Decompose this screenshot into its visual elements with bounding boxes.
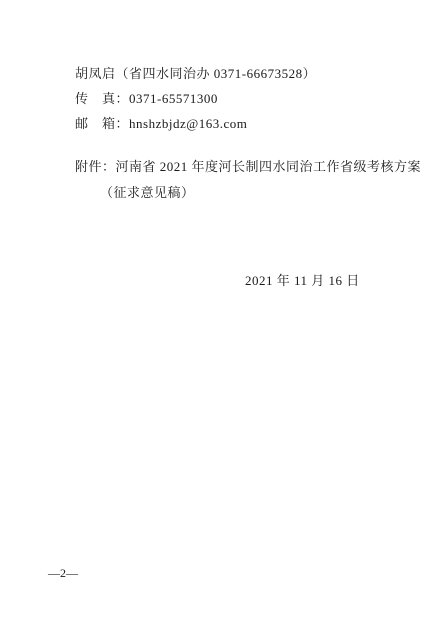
email-label: 邮 箱： [75, 116, 129, 131]
attachment-label: 附件： [75, 159, 116, 174]
email-line: 邮 箱：hnshzbjdz@163.com [75, 111, 316, 136]
attachment-title: 河南省 2021 年度河长制四水同治工作省级考核方案 [116, 159, 422, 174]
contact-block: 胡凤启（省四水同治办 0371-66673528） 传 真：0371-65571… [75, 61, 316, 136]
attachment-block: 附件：河南省 2021 年度河长制四水同治工作省级考核方案 （征求意见稿） [75, 154, 421, 206]
page-number: —2— [48, 565, 78, 581]
fax-label: 传 真： [75, 91, 129, 106]
email-address: hnshzbjdz@163.com [129, 116, 247, 131]
document-date: 2021 年 11 月 16 日 [245, 271, 360, 291]
attachment-line: 附件：河南省 2021 年度河长制四水同治工作省级考核方案 [75, 154, 421, 180]
document-page: 胡凤启（省四水同治办 0371-66673528） 传 真：0371-65571… [0, 0, 444, 627]
contact-person-line: 胡凤启（省四水同治办 0371-66673528） [75, 61, 316, 86]
attachment-note: （征求意见稿） [75, 180, 421, 206]
fax-number: 0371-65571300 [129, 91, 218, 106]
fax-line: 传 真：0371-65571300 [75, 86, 316, 111]
